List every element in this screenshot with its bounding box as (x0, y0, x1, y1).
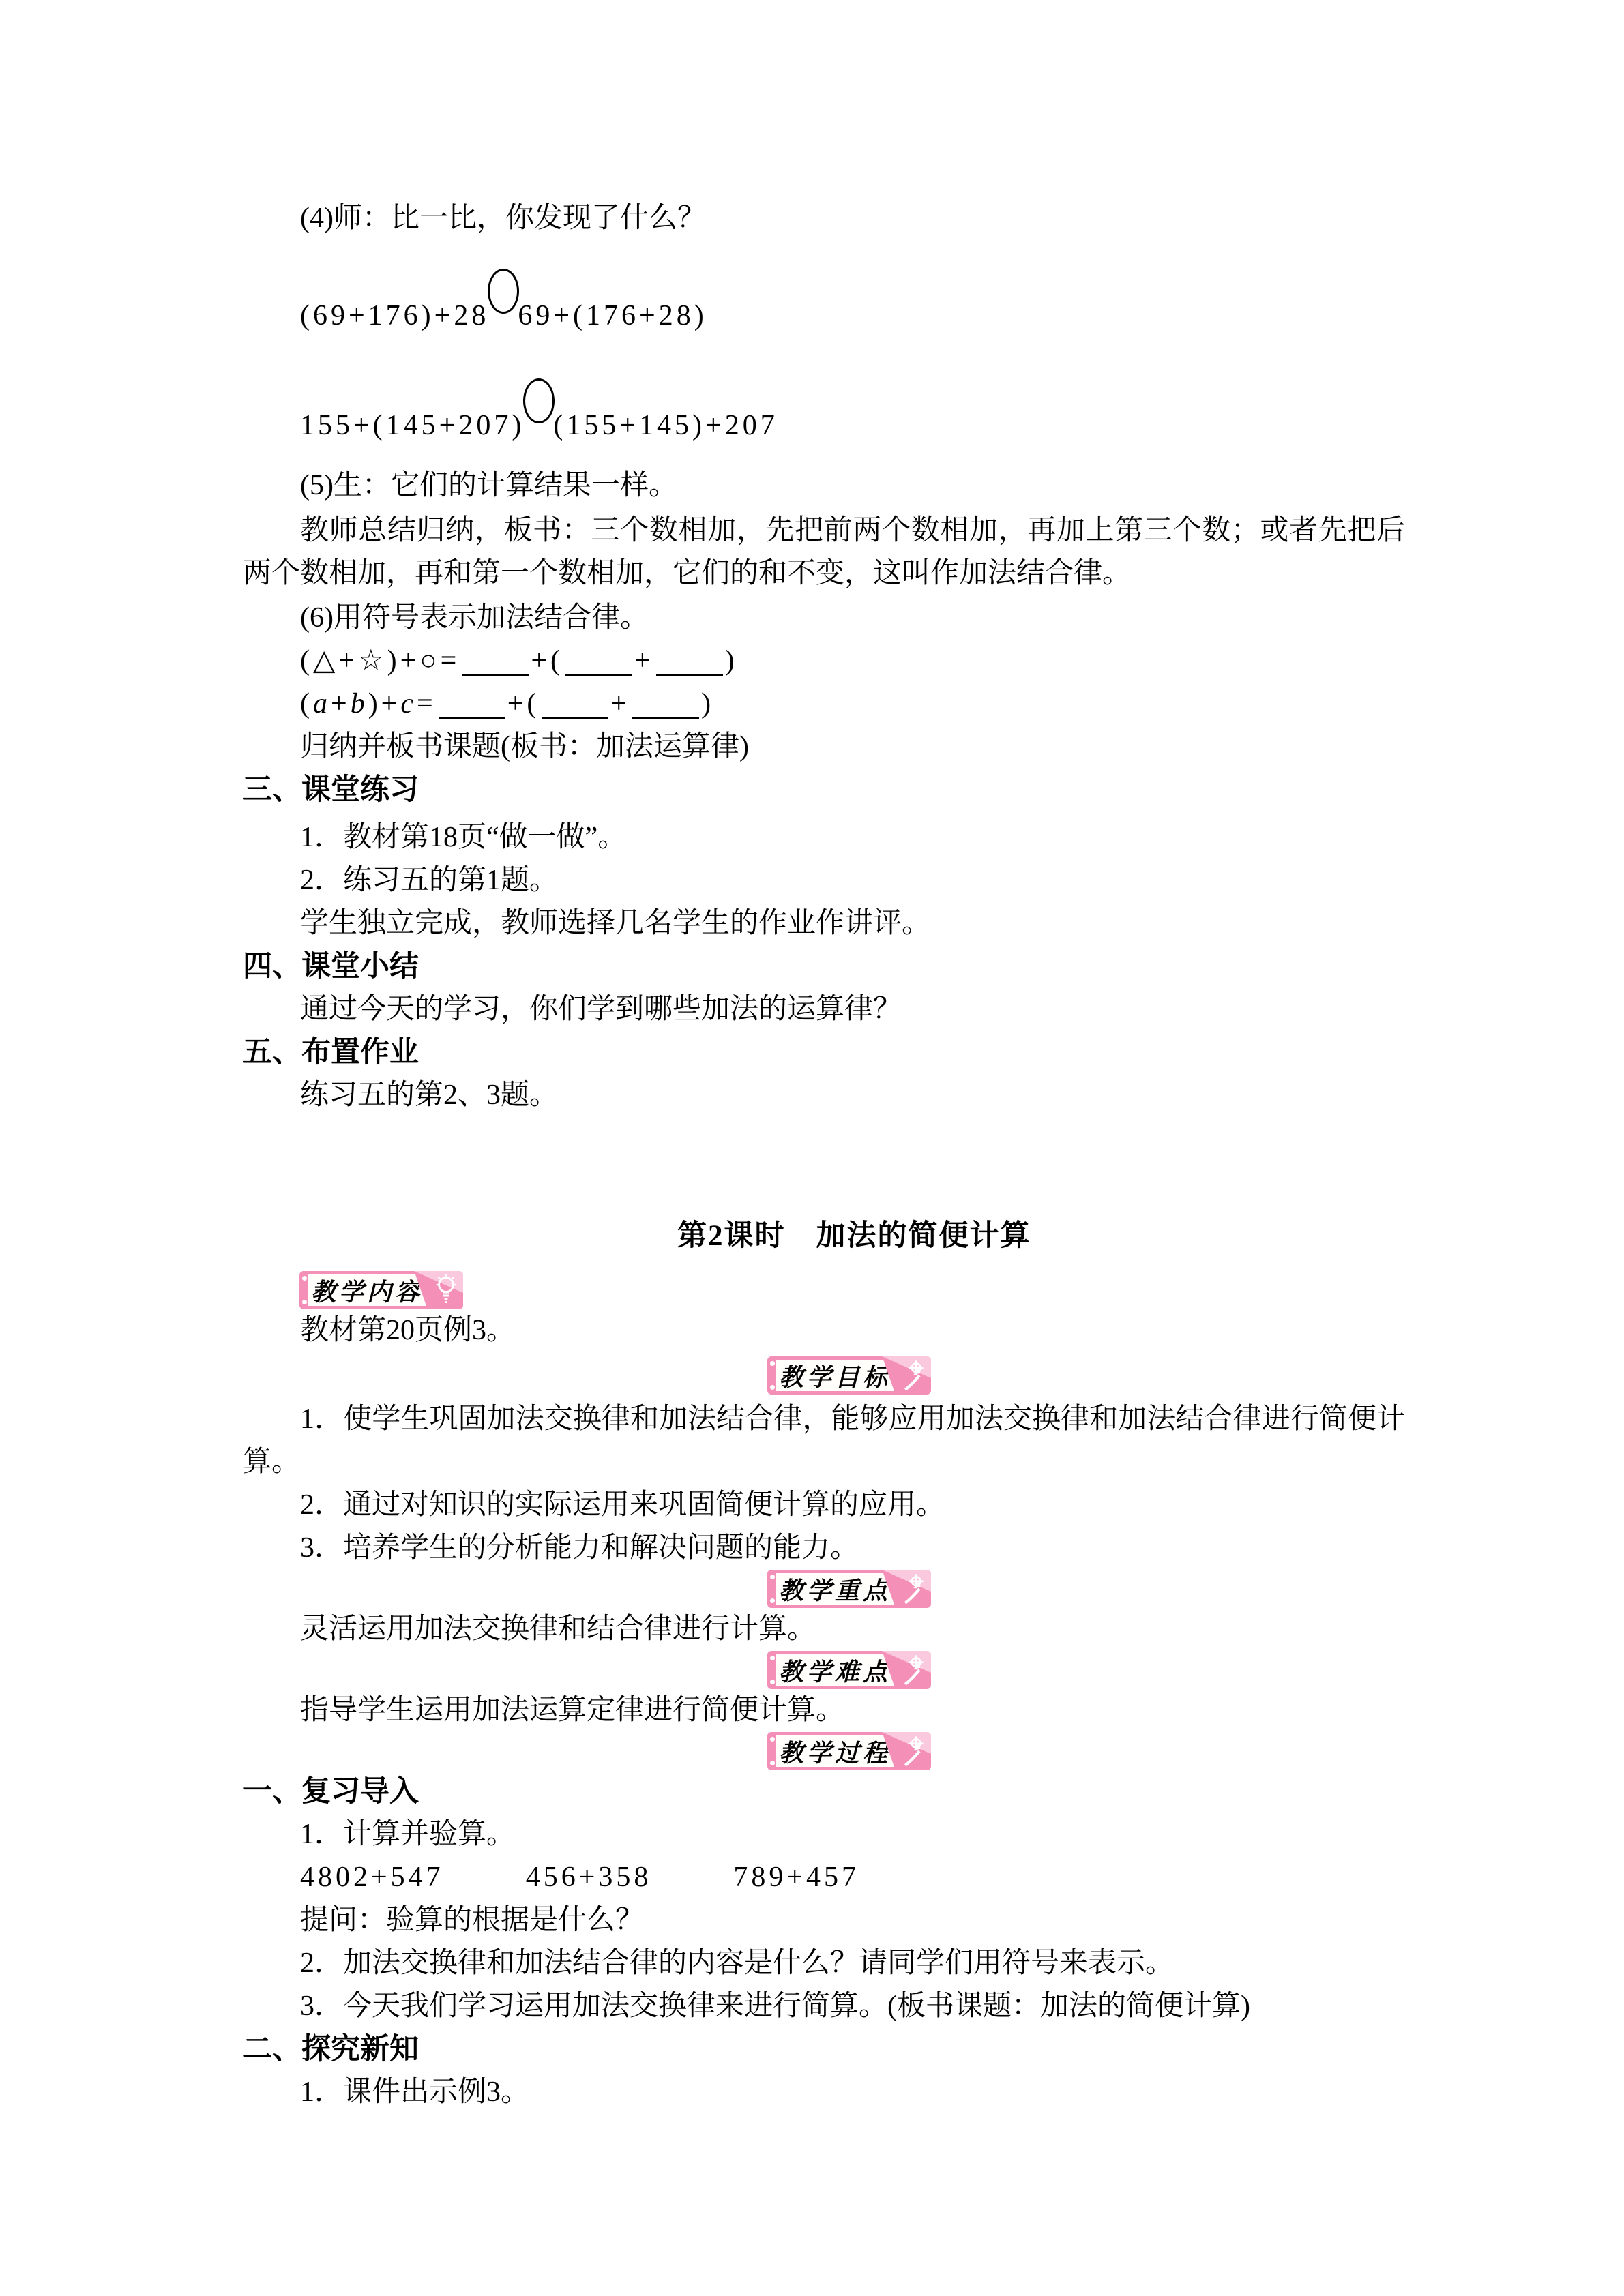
badge-dot (770, 1598, 775, 1603)
comparison-circle (488, 269, 519, 314)
symbol-equation-close: ) (725, 645, 738, 676)
variable-b: b (351, 688, 368, 719)
badge-panel: 教学内容 (308, 1274, 426, 1306)
badge-dot (770, 1737, 775, 1742)
fill-in-blank (656, 647, 723, 676)
letter-equation-open: ( (300, 688, 313, 719)
review-item-3: 3．今天我们学习运用加法交换律来进行简算。(板书课题：加法的简便计算) (243, 1985, 1405, 2028)
equation-left: 155+(145+207) (300, 410, 525, 441)
badge-teaching-content: 教学内容 (299, 1271, 463, 1309)
document-content: (4)师：比一比，你发现了什么？ (69+176)+2869+(176+28) … (0, 0, 1405, 2114)
letter-equation-close: ) (701, 688, 714, 719)
symbol-equation-plus: + (634, 645, 654, 676)
fill-in-blank (439, 690, 505, 719)
comparison-equation-1: (69+176)+2869+(176+28) (243, 269, 1405, 338)
badge-label: 教学难点 (779, 1653, 891, 1688)
summary-paragraph-line-2: 两个数相加，再和第一个数相加，它们的和不变，这叫作加法结合律。 (243, 552, 1405, 595)
student-answer-line: (5)生：它们的计算结果一样。 (243, 464, 1405, 507)
goal-item-1-line-2: 算。 (243, 1441, 1405, 1484)
badge-teaching-difficulty: 教学难点 (767, 1651, 931, 1689)
badge-dot (770, 1680, 775, 1684)
badge-panel: 教学难点 (776, 1654, 894, 1686)
practice-note-line: 学生独立完成，教师选择几名学生的作业作讲评。 (243, 902, 1405, 945)
letter-equation-equals: = (417, 688, 437, 719)
letter-equation-closeplus: )+ (368, 688, 401, 719)
badge-label: 教学过程 (779, 1734, 891, 1769)
key-point-text: 灵活运用加法交换律和结合律进行计算。 (243, 1608, 1405, 1651)
section-heading-review: 一、复习导入 (243, 1770, 1405, 1813)
goal-item-1-line-1: 1．使学生巩固加法交换律和加法结合律，能够应用加法交换律和加法结合律进行简便计 (243, 1398, 1405, 1441)
summary-paragraph-line-1: 教师总结归纳，板书：三个数相加，先把前两个数相加，再加上第三个数；或者先把后 (243, 509, 1405, 552)
letter-equation-line: (a+b)+c=+(+) (243, 683, 1405, 726)
badge-teaching-process: 教学过程 (767, 1732, 931, 1770)
badge-dot (302, 1300, 307, 1304)
badge-panel: 教学重点 (776, 1573, 894, 1605)
badge-panel: 教学目标 (776, 1360, 894, 1391)
section-heading-homework: 五、布置作业 (243, 1031, 1405, 1074)
target-arrow-icon (900, 1359, 928, 1392)
section-heading-practice: 三、课堂练习 (243, 769, 1405, 811)
letter-equation-plus2: + (610, 688, 630, 719)
badge-teaching-key-point: 教学重点 (767, 1570, 931, 1608)
lesson-plan-page: (4)师：比一比，你发现了什么？ (69+176)+2869+(176+28) … (0, 0, 1624, 2296)
badge-teaching-goal: 教学目标 (767, 1356, 931, 1395)
review-equation-1: 4802+547 (300, 1862, 444, 1893)
review-question-line: 提问：验算的根据是什么？ (243, 1899, 1405, 1942)
goal-item-3: 3．培养学生的分析能力和解决问题的能力。 (243, 1527, 1405, 1570)
fill-in-blank (542, 690, 608, 719)
symbol-equation-mid: +( (531, 645, 563, 676)
explore-item-1: 1．课件出示例3。 (243, 2071, 1405, 2114)
target-arrow-icon (900, 1572, 928, 1605)
badge-dot (770, 1575, 775, 1579)
equation-left: (69+176)+28 (300, 300, 489, 331)
review-equation-2: 456+358 (526, 1862, 652, 1893)
badge-dot (770, 1361, 775, 1366)
badge-label: 教学内容 (311, 1273, 423, 1308)
review-equations-line: 4802+547456+358789+457 (243, 1856, 1405, 1899)
goal-item-2: 2．通过对知识的实际运用来巩固简便计算的应用。 (243, 1484, 1405, 1527)
fill-in-blank (565, 647, 632, 676)
section-heading-summary: 四、课堂小结 (243, 945, 1405, 988)
fill-in-blank (462, 647, 529, 676)
practice-item-2: 2．练习五的第1题。 (243, 859, 1405, 902)
target-arrow-icon (900, 1654, 928, 1686)
review-equation-3: 789+457 (733, 1862, 859, 1893)
lightbulb-icon (432, 1274, 460, 1307)
variable-c: c (400, 688, 417, 719)
equation-right: 69+(176+28) (518, 300, 707, 331)
summary-question-line: 通过今天的学习，你们学到哪些加法的运算律？ (243, 988, 1405, 1031)
teaching-content-text: 教材第20页例3。 (243, 1309, 1405, 1352)
section-heading-explore: 二、探究新知 (243, 2028, 1405, 2071)
practice-item-1: 1．教材第18页“做一做”。 (243, 816, 1405, 859)
badge-dot (770, 1385, 775, 1390)
comparison-circle (523, 378, 555, 423)
badge-dot (770, 1761, 775, 1765)
badge-label: 教学目标 (779, 1358, 891, 1393)
symbol-instruction-line: (6)用符号表示加法结合律。 (243, 597, 1405, 640)
variable-a: a (313, 688, 331, 719)
symbol-equation-lhs: (△+☆)+○= (300, 645, 460, 676)
review-item-1: 1．计算并验算。 (243, 1813, 1405, 1856)
fill-in-blank (632, 690, 699, 719)
letter-equation-plus: + (331, 688, 351, 719)
board-note-line: 归纳并板书课题(板书：加法运算律) (243, 726, 1405, 769)
badge-panel: 教学过程 (776, 1735, 894, 1767)
difficulty-text: 指导学生运用加法运算定律进行简便计算。 (243, 1689, 1405, 1732)
letter-equation-mid: +( (507, 688, 540, 719)
review-item-2: 2．加法交换律和加法结合律的内容是什么？请同学们用符号来表示。 (243, 1942, 1405, 1985)
homework-line: 练习五的第2、3题。 (243, 1074, 1405, 1117)
badge-dot (770, 1656, 775, 1660)
teacher-question-line: (4)师：比一比，你发现了什么？ (243, 197, 1405, 240)
target-arrow-icon (900, 1735, 928, 1768)
lesson-title: 第2课时 加法的简便计算 (243, 1214, 1405, 1257)
comparison-equation-2: 155+(145+207)(155+145)+207 (243, 378, 1405, 447)
equation-right: (155+145)+207 (553, 410, 778, 441)
badge-label: 教学重点 (779, 1572, 891, 1607)
badge-dot (302, 1276, 307, 1281)
symbol-equation-line: (△+☆)+○=+(+) (243, 640, 1405, 683)
